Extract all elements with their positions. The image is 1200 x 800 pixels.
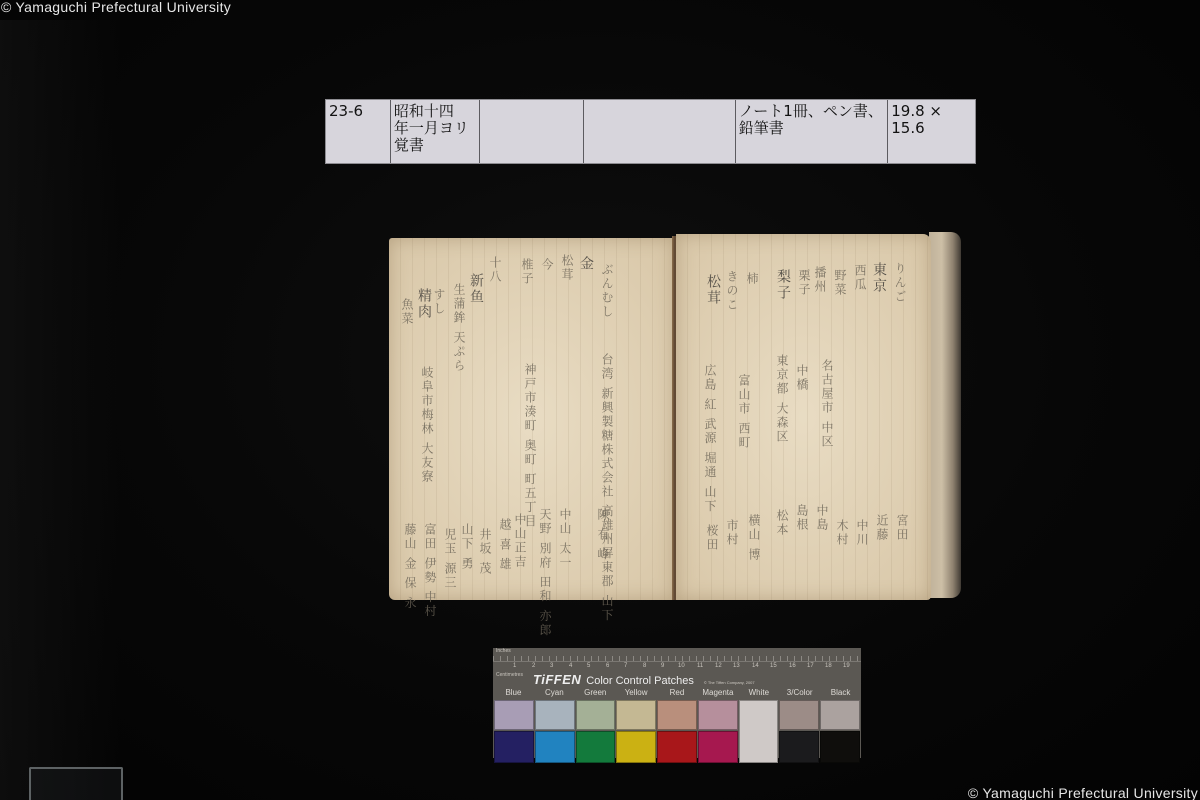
handwriting: 椎子 xyxy=(519,258,536,286)
handwriting: 中山 太一 xyxy=(557,508,574,570)
patch-label: Black xyxy=(820,686,861,699)
patch-label: Cyan xyxy=(534,686,575,699)
handwriting: ぶんむし xyxy=(599,263,616,319)
background-shadow xyxy=(0,20,120,800)
cm-mark: 16 xyxy=(789,663,796,669)
color-patch-red-light xyxy=(657,700,697,730)
color-patch-magenta-dark xyxy=(698,731,738,763)
handwriting: 桜田 xyxy=(704,524,721,552)
color-patch-green-light xyxy=(576,700,616,730)
cm-mark: 14 xyxy=(752,663,759,669)
catalog-label: 23-6 昭和十四 年一月ヨリ 覚書 ノート1冊、ペン書、 鉛筆書 19.8 ×… xyxy=(325,99,976,164)
color-patch-cyan-dark xyxy=(535,731,575,763)
handwriting: 井坂 茂 xyxy=(477,528,494,576)
handwriting: 西瓜 xyxy=(852,264,869,292)
cm-mark: 6 xyxy=(606,663,609,669)
color-patch-blue-light xyxy=(494,700,534,730)
patch-label: Green xyxy=(575,686,616,699)
catalog-dimensions: 19.8 × 15.6 xyxy=(888,100,975,163)
handwriting: 松本 xyxy=(774,509,791,537)
centimetre-ruler: 1 2 3 4 5 6 7 8 9 10 11 12 13 14 15 16 1… xyxy=(493,662,861,672)
cm-mark: 19 xyxy=(843,663,850,669)
handwriting: りんご xyxy=(892,262,909,304)
handwriting: 富田 伊勢 中村 xyxy=(422,523,439,619)
color-patch-white-light xyxy=(739,700,779,763)
handwriting: 中島 xyxy=(814,504,831,532)
color-control-card: Inches 1 2 3 4 5 6 7 8 9 10 11 12 13 14 … xyxy=(493,648,861,758)
color-patch-black-dark xyxy=(820,731,860,763)
notebook-left-page: ぶんむし 金 松茸 今 椎子 十八 新鱼 生蒲鉾 天ぷら すし 精肉 魚菜 岐阜… xyxy=(389,238,674,600)
handwriting: 天野 別府 田和 亦郎 xyxy=(537,508,554,637)
patch-labels: Blue Cyan Green Yellow Red Magenta White… xyxy=(493,686,861,699)
cm-mark: 4 xyxy=(569,663,572,669)
handwriting: 東京都 大森区 xyxy=(774,354,791,444)
handwriting: 魚菜 xyxy=(399,298,416,326)
color-patch-magenta-light xyxy=(698,700,738,730)
handwriting: 新鱼 xyxy=(466,273,486,305)
handwriting: 野菜 xyxy=(832,269,849,297)
handwriting: 児玉 源三 xyxy=(442,528,459,590)
cm-mark: 8 xyxy=(643,663,646,669)
handwriting: きのこ xyxy=(724,270,741,312)
cm-mark: 3 xyxy=(550,663,553,669)
cm-mark: 9 xyxy=(661,663,664,669)
handwriting: 松茸 xyxy=(703,274,723,306)
color-card-title: Color Control Patches xyxy=(586,675,694,687)
handwriting: 栗子 xyxy=(796,269,813,297)
patch-label: Yellow xyxy=(616,686,657,699)
handwriting: 金 xyxy=(576,256,596,272)
tiffen-logo: TiFFEN xyxy=(533,672,581,687)
cm-mark: 10 xyxy=(678,663,685,669)
notebook-page-edges xyxy=(929,232,961,598)
handwriting: 生蒲鉾 天ぷら xyxy=(451,283,468,373)
cm-mark: 13 xyxy=(733,663,740,669)
handwriting: 東京 xyxy=(869,262,889,294)
handwriting: 十八 xyxy=(487,256,504,284)
handwriting: 藤山 金 保 永 xyxy=(402,523,419,610)
handwriting: 梨子 xyxy=(773,269,793,301)
patch-label: Red xyxy=(657,686,698,699)
cm-mark: 15 xyxy=(770,663,777,669)
handwriting: 陳 有 峰 xyxy=(595,508,612,562)
cm-mark: 5 xyxy=(587,663,590,669)
handwriting: 名古屋市 中区 xyxy=(819,359,836,449)
handwriting: 宮田 xyxy=(894,514,911,542)
handwriting: 中橋 xyxy=(794,364,811,392)
handwriting: 神戸市湊町 奥町 町五丁目 xyxy=(522,363,539,529)
patch-label: Magenta xyxy=(697,686,738,699)
color-patch-3-color-light xyxy=(779,700,819,730)
inch-ruler: Inches xyxy=(493,648,861,662)
handwriting: 広島 紅 武源 堀通 山下 xyxy=(702,364,719,513)
handwriting: 播州 xyxy=(812,266,829,294)
handwriting: 市村 xyxy=(724,519,741,547)
copyright-watermark-bottom: © Yamaguchi Prefectural University xyxy=(968,785,1198,800)
cm-mark: 17 xyxy=(807,663,814,669)
ruler-inches-label: Inches xyxy=(496,648,511,654)
handwriting: 木村 xyxy=(834,519,851,547)
cm-mark: 1 xyxy=(513,663,516,669)
cm-mark: 7 xyxy=(624,663,627,669)
color-patch-green-dark xyxy=(576,731,616,763)
handwriting: 台湾 新興製糖株式会社 高雄州屏東郡 山下 xyxy=(599,353,616,622)
color-patch-yellow-dark xyxy=(616,731,656,763)
handwriting: 柿 xyxy=(744,272,761,286)
open-notebook: ぶんむし 金 松茸 今 椎子 十八 新鱼 生蒲鉾 天ぷら すし 精肉 魚菜 岐阜… xyxy=(389,230,965,604)
catalog-empty-cell-2 xyxy=(584,100,736,163)
color-patch-3-color-dark xyxy=(779,731,819,763)
handwriting: 中山正吉 xyxy=(512,513,529,569)
handwriting: 近藤 xyxy=(874,514,891,542)
handwriting: 岐阜市梅林 大友寮 xyxy=(419,366,436,484)
handwriting: 中川 xyxy=(854,519,871,547)
catalog-title: 昭和十四 年一月ヨリ 覚書 xyxy=(391,100,480,163)
handwriting: 今 xyxy=(539,258,556,272)
patch-label: Blue xyxy=(493,686,534,699)
handwriting: 山下 勇 xyxy=(459,523,476,571)
color-patch-yellow-light xyxy=(616,700,656,730)
handwriting: 横山 博 xyxy=(746,514,763,562)
color-card-header: Centimetres TiFFEN Color Control Patches… xyxy=(493,672,861,686)
handwriting: 越 喜 雄 xyxy=(497,518,514,572)
cm-mark: 18 xyxy=(825,663,832,669)
cm-mark: 11 xyxy=(697,663,703,669)
acrylic-weight-block xyxy=(29,767,123,800)
cm-mark: 2 xyxy=(532,663,535,669)
catalog-format: ノート1冊、ペン書、 鉛筆書 xyxy=(736,100,889,163)
notebook-right-page: りんご 東京 西瓜 野菜 播州 栗子 梨子 柿 きのこ 松茸 名古屋市 中区 東… xyxy=(676,234,931,600)
patch-label: 3/Color xyxy=(779,686,820,699)
cm-mark: 12 xyxy=(715,663,722,669)
color-patch-black-light xyxy=(820,700,860,730)
catalog-id: 23-6 xyxy=(326,100,391,163)
color-card-company: © The Tiffen Company, 2007 xyxy=(704,680,755,685)
catalog-empty-cell-1 xyxy=(480,100,585,163)
handwriting: 松茸 xyxy=(559,254,576,282)
handwriting: 富山市 西町 xyxy=(736,374,753,450)
ruler-cm-label: Centimetres xyxy=(496,672,523,678)
patch-label: White xyxy=(738,686,779,699)
handwriting: 島根 xyxy=(794,504,811,532)
color-patch-grid xyxy=(493,699,861,763)
color-patch-blue-dark xyxy=(494,731,534,763)
color-patch-cyan-light xyxy=(535,700,575,730)
handwriting: 精肉 xyxy=(414,288,434,320)
color-patch-red-dark xyxy=(657,731,697,763)
copyright-watermark-top: © Yamaguchi Prefectural University xyxy=(1,0,231,15)
